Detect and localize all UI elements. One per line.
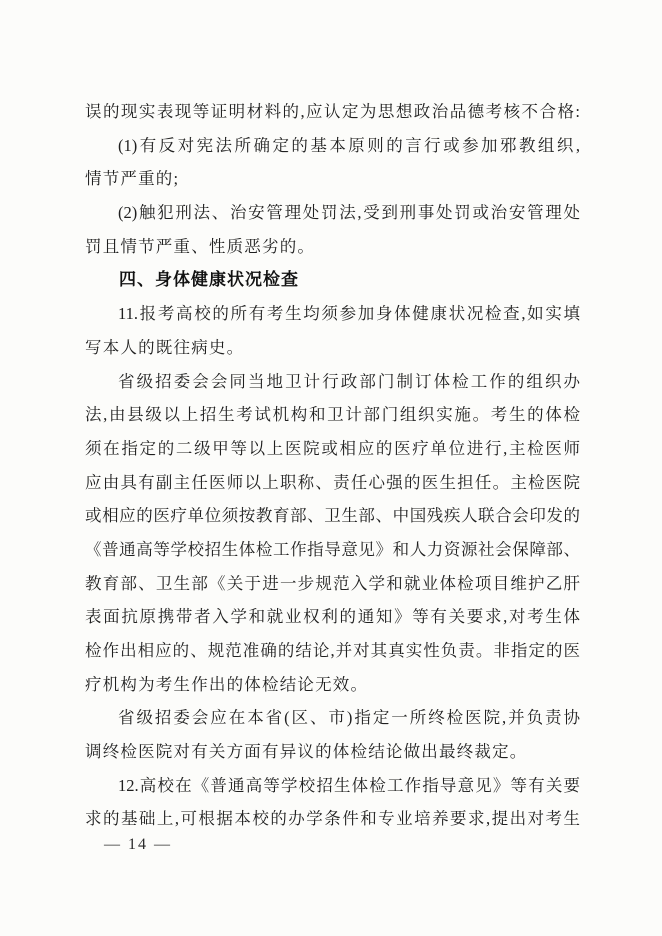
text-line: 调终检医院对有关方面有异议的体检结论做出最终裁定。: [85, 735, 580, 769]
text-line: 检作出相应的、规范准确的结论,并对其真实性负责。非指定的医: [85, 634, 580, 668]
text-line: 情节严重的;: [85, 162, 580, 196]
text-line: 罚且情节严重、性质恶劣的。: [85, 230, 580, 264]
text-line: 表面抗原携带者入学和就业权利的通知》等有关要求,对考生体: [85, 600, 580, 634]
text-line: 求的基础上,可根据本校的办学条件和专业培养要求,提出对考生: [85, 802, 580, 836]
text-line: 省级招委会应在本省(区、市)指定一所终检医院,并负责协: [85, 701, 580, 735]
text-line: 教育部、卫生部《关于进一步规范入学和就业体检项目维护乙肝: [85, 567, 580, 601]
text-line: 11.报考高校的所有考生均须参加身体健康状况检查,如实填: [85, 297, 580, 331]
text-line: 误的现实表现等证明材料的,应认定为思想政治品德考核不合格:: [85, 95, 580, 129]
text-line: 写本人的既往病史。: [85, 331, 580, 365]
text-line: 《普通高等学校招生体检工作指导意见》和人力资源社会保障部、: [85, 533, 580, 567]
section-heading: 四、身体健康状况检查: [85, 263, 580, 297]
text-line: 法,由县级以上招生考试机构和卫计部门组织实施。考生的体检: [85, 398, 580, 432]
text-line: 省级招委会会同当地卫计行政部门制订体检工作的组织办: [85, 365, 580, 399]
text-line: 疗机构为考生作出的体检结论无效。: [85, 668, 580, 702]
text-line: 或相应的医疗单位须按教育部、卫生部、中国残疾人联合会印发的: [85, 499, 580, 533]
text-line: 应由具有副主任医师以上职称、责任心强的医生担任。主检医院: [85, 466, 580, 500]
text-block: 误的现实表现等证明材料的,应认定为思想政治品德考核不合格:(1)有反对宪法所确定…: [85, 95, 580, 836]
document-page: 误的现实表现等证明材料的,应认定为思想政治品德考核不合格:(1)有反对宪法所确定…: [0, 0, 662, 936]
text-line: (2)触犯刑法、治安管理处罚法,受到刑事处罚或治安管理处: [85, 196, 580, 230]
text-line: (1)有反对宪法所确定的基本原则的言行或参加邪教组织,: [85, 129, 580, 163]
text-line: 12.高校在《普通高等学校招生体检工作指导意见》等有关要: [85, 769, 580, 803]
page-number: — 14 —: [104, 836, 172, 854]
text-line: 须在指定的二级甲等以上医院或相应的医疗单位进行,主检医师: [85, 432, 580, 466]
